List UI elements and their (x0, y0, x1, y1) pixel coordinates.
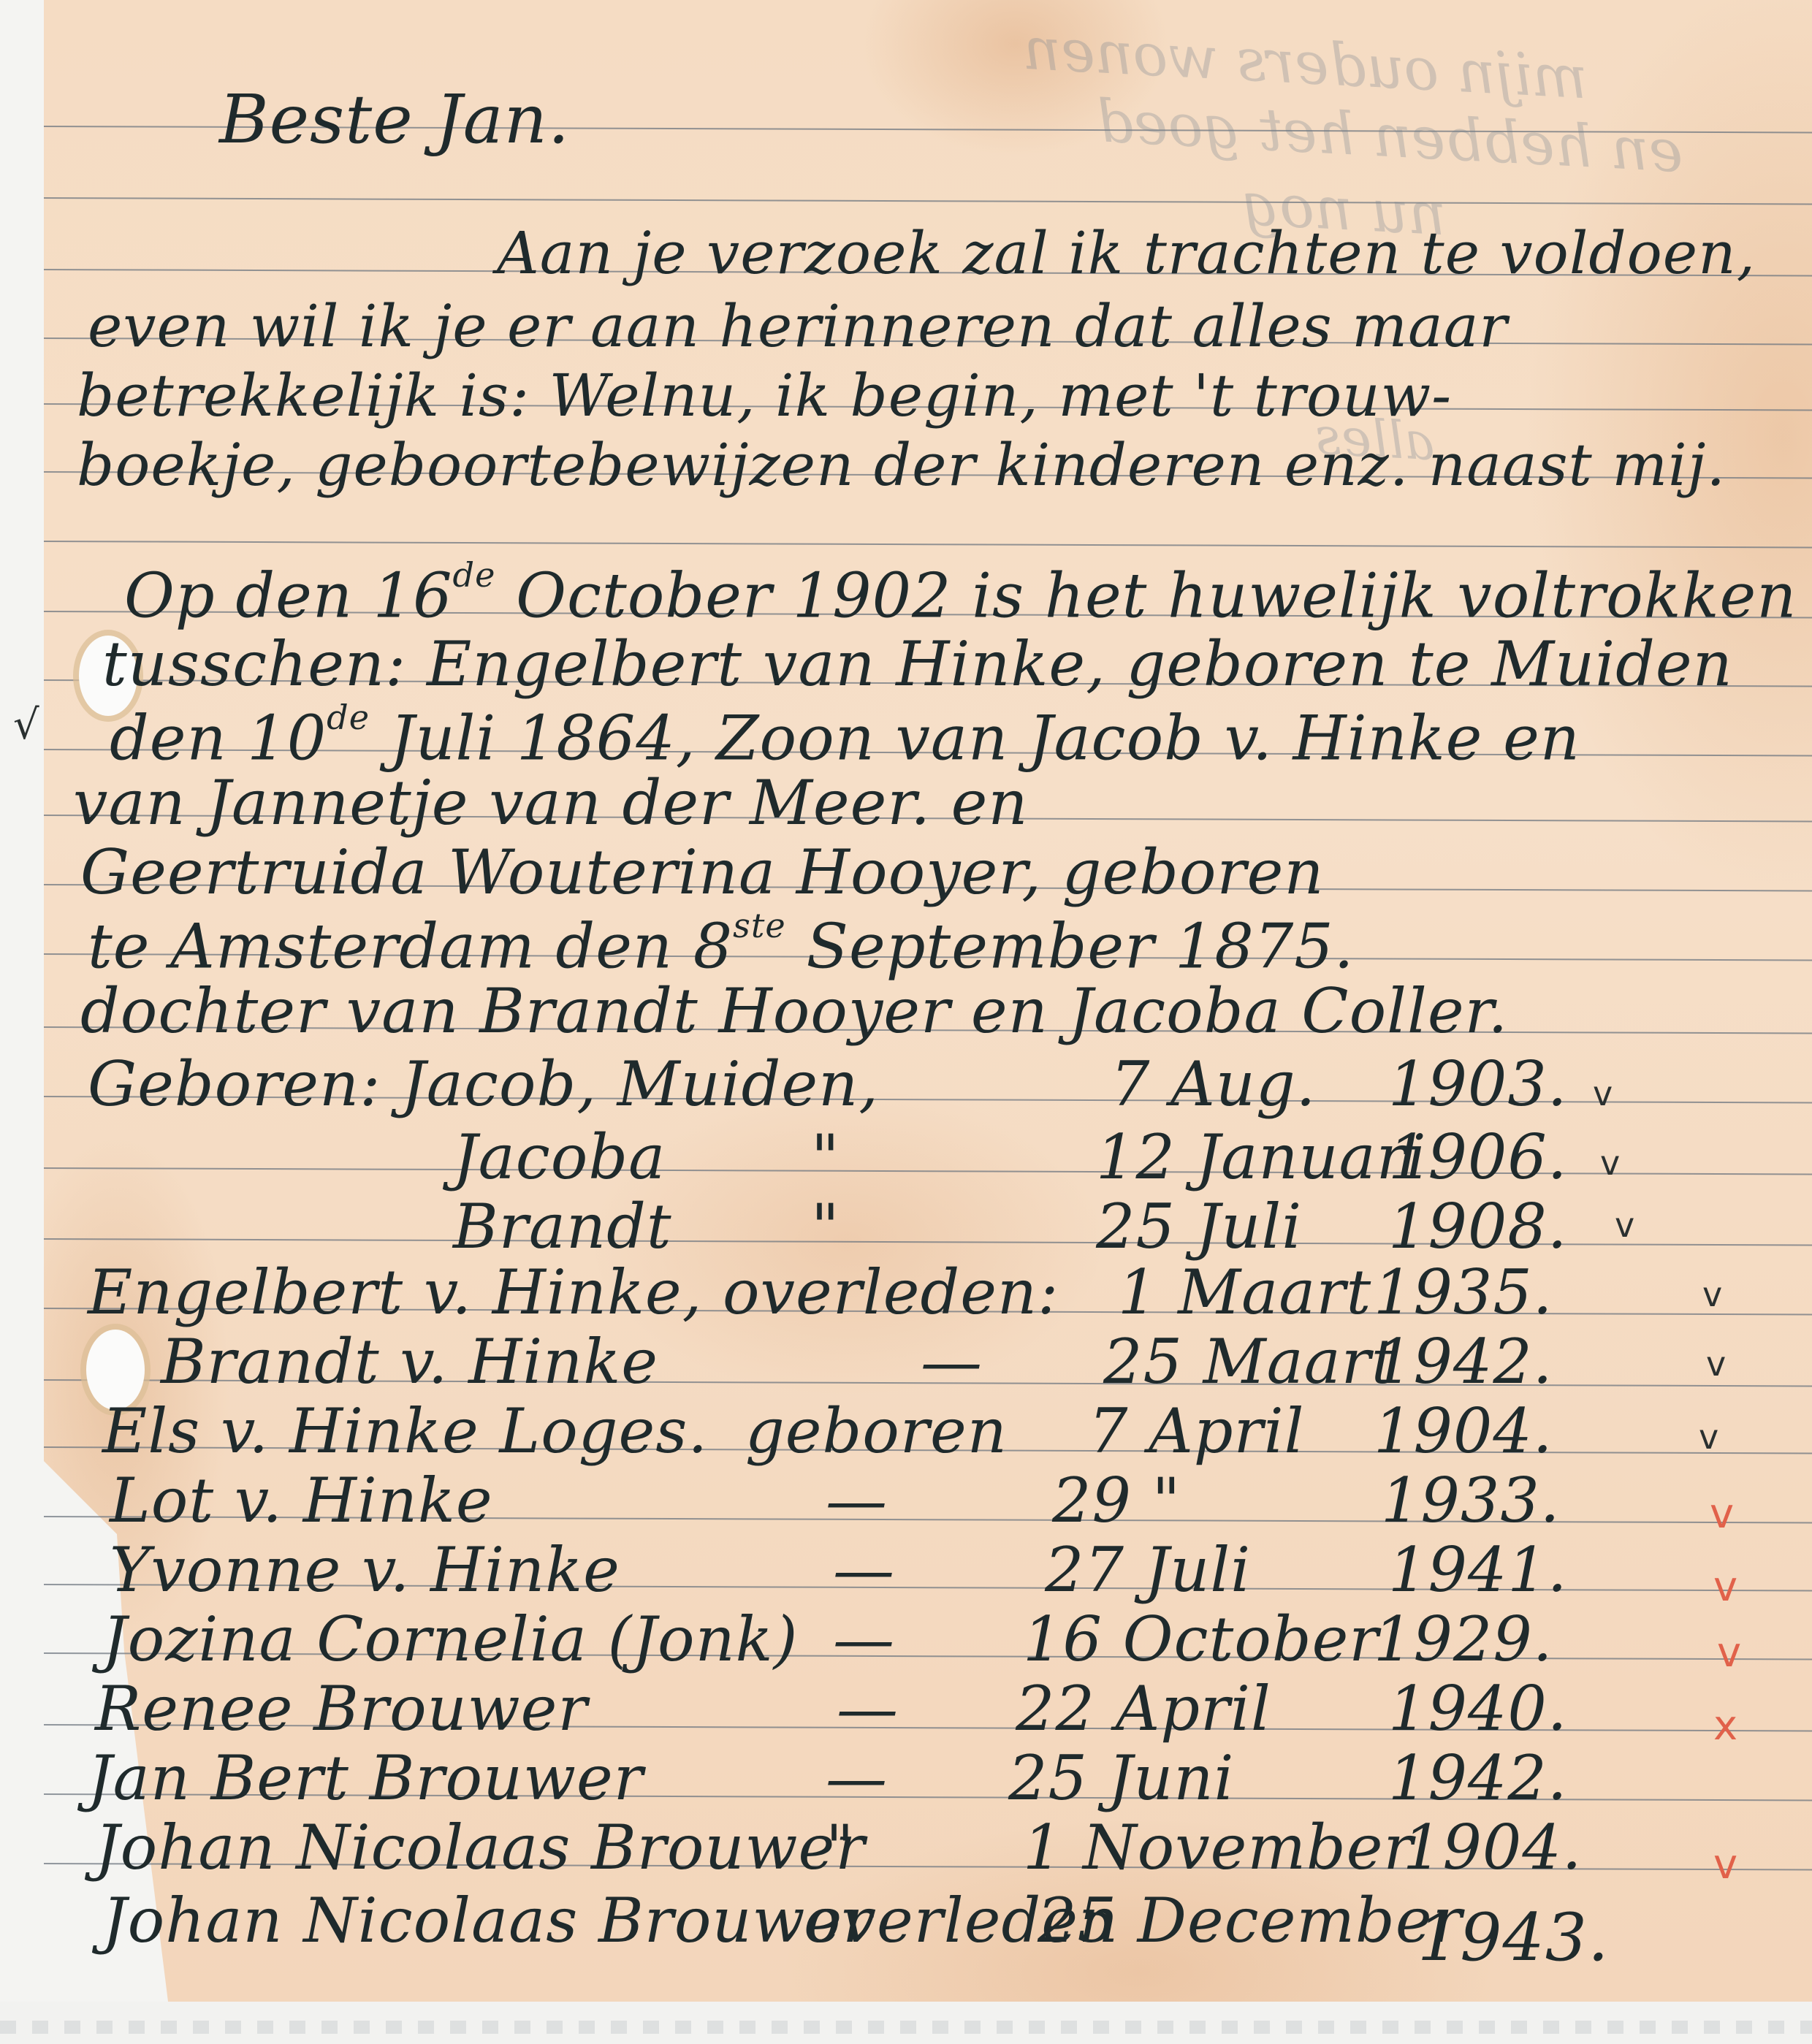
marriage-line-6: te Amsterdam den 8ste September 1875. (88, 906, 1354, 983)
record-date: 25 Maart (1103, 1326, 1397, 1397)
record-event: — (833, 1534, 895, 1606)
record-date: 7 Aug. (1111, 1048, 1316, 1120)
record-year: 1904. (1403, 1812, 1582, 1883)
record-date: 12 Januari (1096, 1121, 1427, 1193)
check-mark-icon: v (1615, 1205, 1634, 1245)
record-event: " (811, 1121, 840, 1193)
record-year: 1943. (1417, 1899, 1610, 1976)
intro-line-1: Aan je verzoek zal ik trachten te voldoe… (497, 219, 1756, 287)
marriage-line-7: dochter van Brandt Hooyer en Jacoba Coll… (80, 975, 1508, 1047)
record-date: 25 December (1038, 1885, 1463, 1956)
record-event: — (826, 1742, 888, 1814)
red-check-mark-icon: v (1713, 1841, 1737, 1888)
record-name: Geboren: Jacob, Muiden, (88, 1048, 879, 1120)
sheet-protector-perforation (0, 2021, 1812, 2034)
record-name: Brandt (453, 1191, 672, 1262)
record-year: 1903. (1388, 1048, 1567, 1120)
red-check-mark-icon: v (1710, 1490, 1734, 1538)
record-name: Engelbert v. Hinke, overleden: (88, 1256, 1059, 1328)
record-name: Johan Nicolaas Brouwer (95, 1812, 865, 1883)
marriage-line-5: Geertruida Wouterina Hooyer, geboren (80, 836, 1324, 908)
red-check-mark-icon: v (1717, 1629, 1741, 1677)
record-year: 1908. (1388, 1191, 1567, 1262)
record-name: Yvonne v. Hinke (110, 1534, 620, 1606)
record-event: " (826, 1812, 855, 1883)
intro-line-2: even wil ik je er aan herinneren dat all… (88, 292, 1508, 360)
record-date: 1 Maart (1118, 1256, 1371, 1328)
record-name: Lot v. Hinke (110, 1465, 493, 1536)
red-check-mark-icon: v (1713, 1563, 1737, 1611)
salutation: Beste Jan. (219, 80, 570, 159)
margin-check-mark: √ (13, 701, 39, 749)
record-date: 1 November (1023, 1812, 1414, 1883)
record-year: 1942. (1374, 1326, 1553, 1397)
record-year: 1904. (1374, 1395, 1553, 1467)
record-name: Jacoba (453, 1121, 666, 1193)
record-date: 25 Juni (1008, 1742, 1234, 1814)
record-event: — (837, 1673, 899, 1744)
record-year: 1942. (1388, 1742, 1567, 1814)
record-year: 1933. (1381, 1465, 1560, 1536)
record-date: 16 October (1023, 1603, 1379, 1675)
record-event: geboren (745, 1395, 1008, 1467)
record-date: 7 April (1089, 1395, 1304, 1467)
intro-line-4: boekje, geboortebewijzen der kinderen en… (77, 431, 1726, 499)
marriage-line-3: den 10de Juli 1864, Zoon van Jacob v. Hi… (110, 698, 1580, 774)
record-name: Els v. Hinke Loges. (102, 1395, 708, 1467)
intro-line-3: betrekkelijk is: Welnu, ik begin, met 't… (77, 362, 1452, 430)
record-year: 1941. (1388, 1534, 1567, 1606)
check-mark-icon: v (1699, 1417, 1718, 1457)
record-year: 1940. (1388, 1673, 1567, 1744)
record-year: 1929. (1374, 1603, 1553, 1675)
record-event: — (826, 1465, 888, 1536)
check-mark-icon: v (1702, 1275, 1722, 1314)
record-date: 22 April (1016, 1673, 1271, 1744)
record-name: Renee Brouwer (95, 1673, 588, 1744)
record-name: Jan Bert Brouwer (88, 1742, 644, 1814)
record-date: 29 " (1052, 1465, 1181, 1536)
record-event: — (833, 1603, 895, 1675)
sheet-protector-edge (0, 2002, 1812, 2044)
check-mark-icon: v (1593, 1074, 1613, 1113)
check-mark-icon: v (1600, 1143, 1620, 1183)
record-name: Johan Nicolaas Brouwer (102, 1885, 872, 1956)
marriage-line-4: van Jannetje van der Meer. en (73, 767, 1028, 839)
check-mark-icon: v (1706, 1344, 1726, 1384)
record-date: 27 Juli (1045, 1534, 1251, 1606)
record-event: — (921, 1326, 983, 1397)
record-year: 1935. (1374, 1256, 1553, 1328)
red-cross-mark-icon: x (1713, 1702, 1737, 1750)
record-name: Brandt v. Hinke (161, 1326, 658, 1397)
record-year: 1906. (1388, 1121, 1567, 1193)
marriage-line-1: Op den 16de October 1902 is het huwelijk… (124, 555, 1797, 632)
record-event: " (811, 1191, 840, 1262)
record-date: 25 Juli (1096, 1191, 1302, 1262)
record-name: Jozina Cornelia (Jonk) (102, 1603, 798, 1675)
marriage-line-2: tusschen: Engelbert van Hinke, geboren t… (102, 628, 1733, 700)
